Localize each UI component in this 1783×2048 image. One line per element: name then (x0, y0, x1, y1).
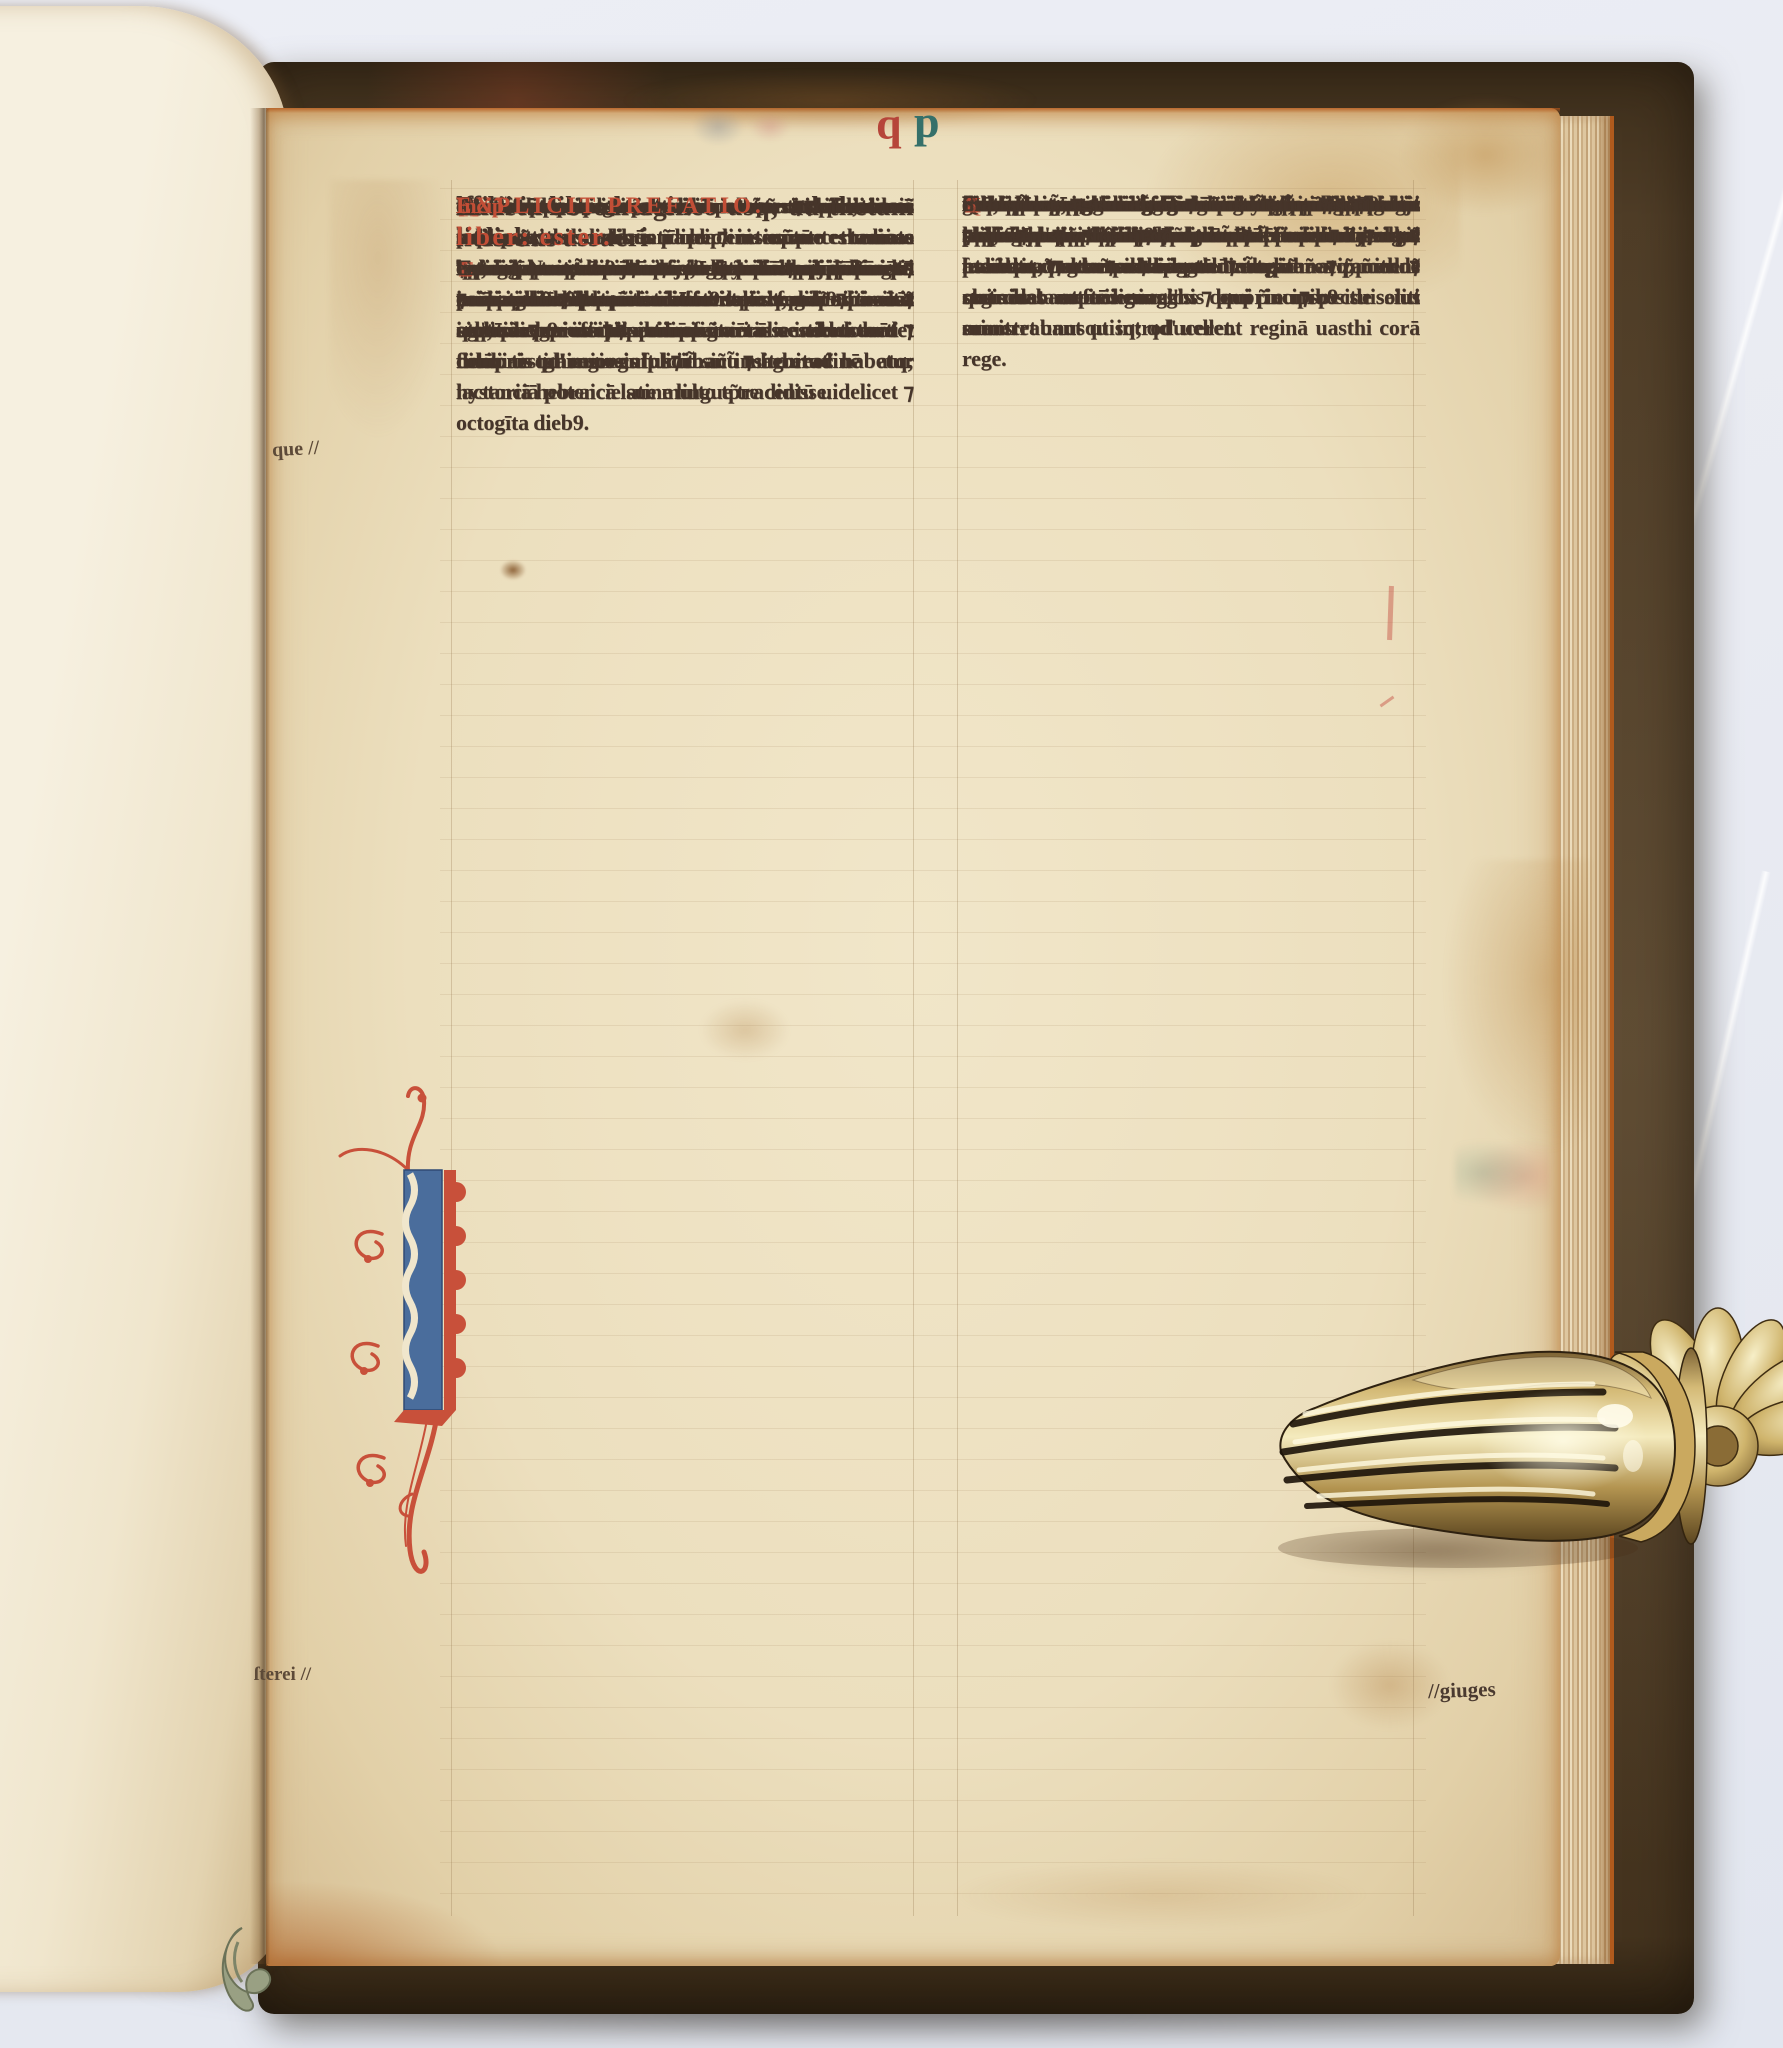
ruling-vertical (451, 180, 452, 1916)
decorated-initial-I (320, 1054, 470, 1634)
parchment-stain (620, 70, 1040, 130)
show-through-smudge (692, 108, 744, 146)
text-column-left: librū edicio uulgata laciniosis hinc ind… (456, 190, 914, 1902)
text-segment: Incip̃ (456, 190, 504, 221)
marginal-note-giuges: //giuges (1428, 1677, 1497, 1704)
text-segment: liber: ester. (456, 221, 612, 252)
running-title-letter-teal: p (914, 102, 940, 142)
photo-of-manuscript: q p librū edicio uulgata laciniosis hinc… (0, 0, 1783, 2048)
parchment-stain (330, 180, 450, 440)
running-title-letter-red: q (876, 104, 902, 144)
parchment-stain (1440, 860, 1590, 1160)
facing-blank-page (0, 6, 288, 1992)
pigment-offset-stain (1455, 1135, 1550, 1210)
text-segment: ectuli quoq; aurei ⁊ argentei sup pauimē… (456, 252, 914, 345)
hand-clasp (1263, 1296, 1783, 1596)
ruling-vertical (957, 180, 958, 1916)
show-through-smudge (750, 112, 790, 142)
text-column-right: decorabat. Bibebant at̃ qui inuitati erā… (962, 188, 1420, 1900)
ribbon-fragment (212, 1922, 292, 2014)
text-segment: i tibi placet egrediat̃ edictū a facie t… (962, 188, 1420, 281)
marginal-note-sterei: ſterei // (254, 1664, 311, 1686)
marginal-note-que: que // (271, 437, 319, 462)
